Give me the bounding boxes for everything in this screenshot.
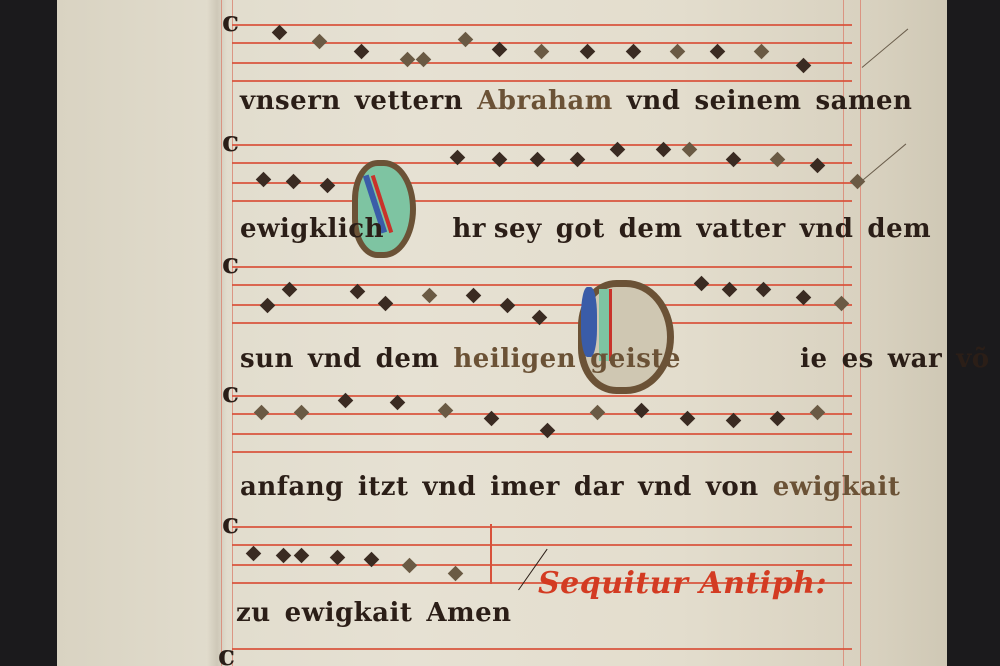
music-staff-2: c — [232, 142, 852, 204]
c-clef-icon: c — [222, 510, 239, 538]
music-staff-1: c — [232, 22, 852, 84]
music-staff-3: c — [232, 264, 852, 326]
margin-rule-left — [221, 0, 222, 666]
lyric-line-1: vnsernvetternAbrahamvndseinemsamen — [240, 86, 926, 116]
lyric-line-5: zuewigkaitAmen — [236, 598, 526, 628]
music-staff-4: c — [232, 393, 852, 455]
rubric-sequitur-antiph: Sequitur Antiph: — [538, 566, 827, 601]
c-clef-icon: c — [222, 8, 239, 36]
lyric-line-2: ewigklichEhrseygotdemvattervnddem — [240, 214, 945, 244]
c-clef-icon: c — [218, 642, 235, 666]
division-bar — [490, 524, 492, 584]
page-fold — [207, 0, 227, 666]
illuminated-initial-w — [578, 280, 674, 394]
lyric-line-4: anfangitztvndimerdarvndvonewigkait — [240, 472, 914, 502]
c-clef-icon: c — [222, 128, 239, 156]
c-clef-icon: c — [222, 250, 239, 278]
c-clef-icon: c — [222, 379, 239, 407]
lyric-line-3: sunvnddemheiligengeisteWieeswarvõ — [240, 344, 1000, 374]
music-staff-6: c — [232, 648, 852, 666]
